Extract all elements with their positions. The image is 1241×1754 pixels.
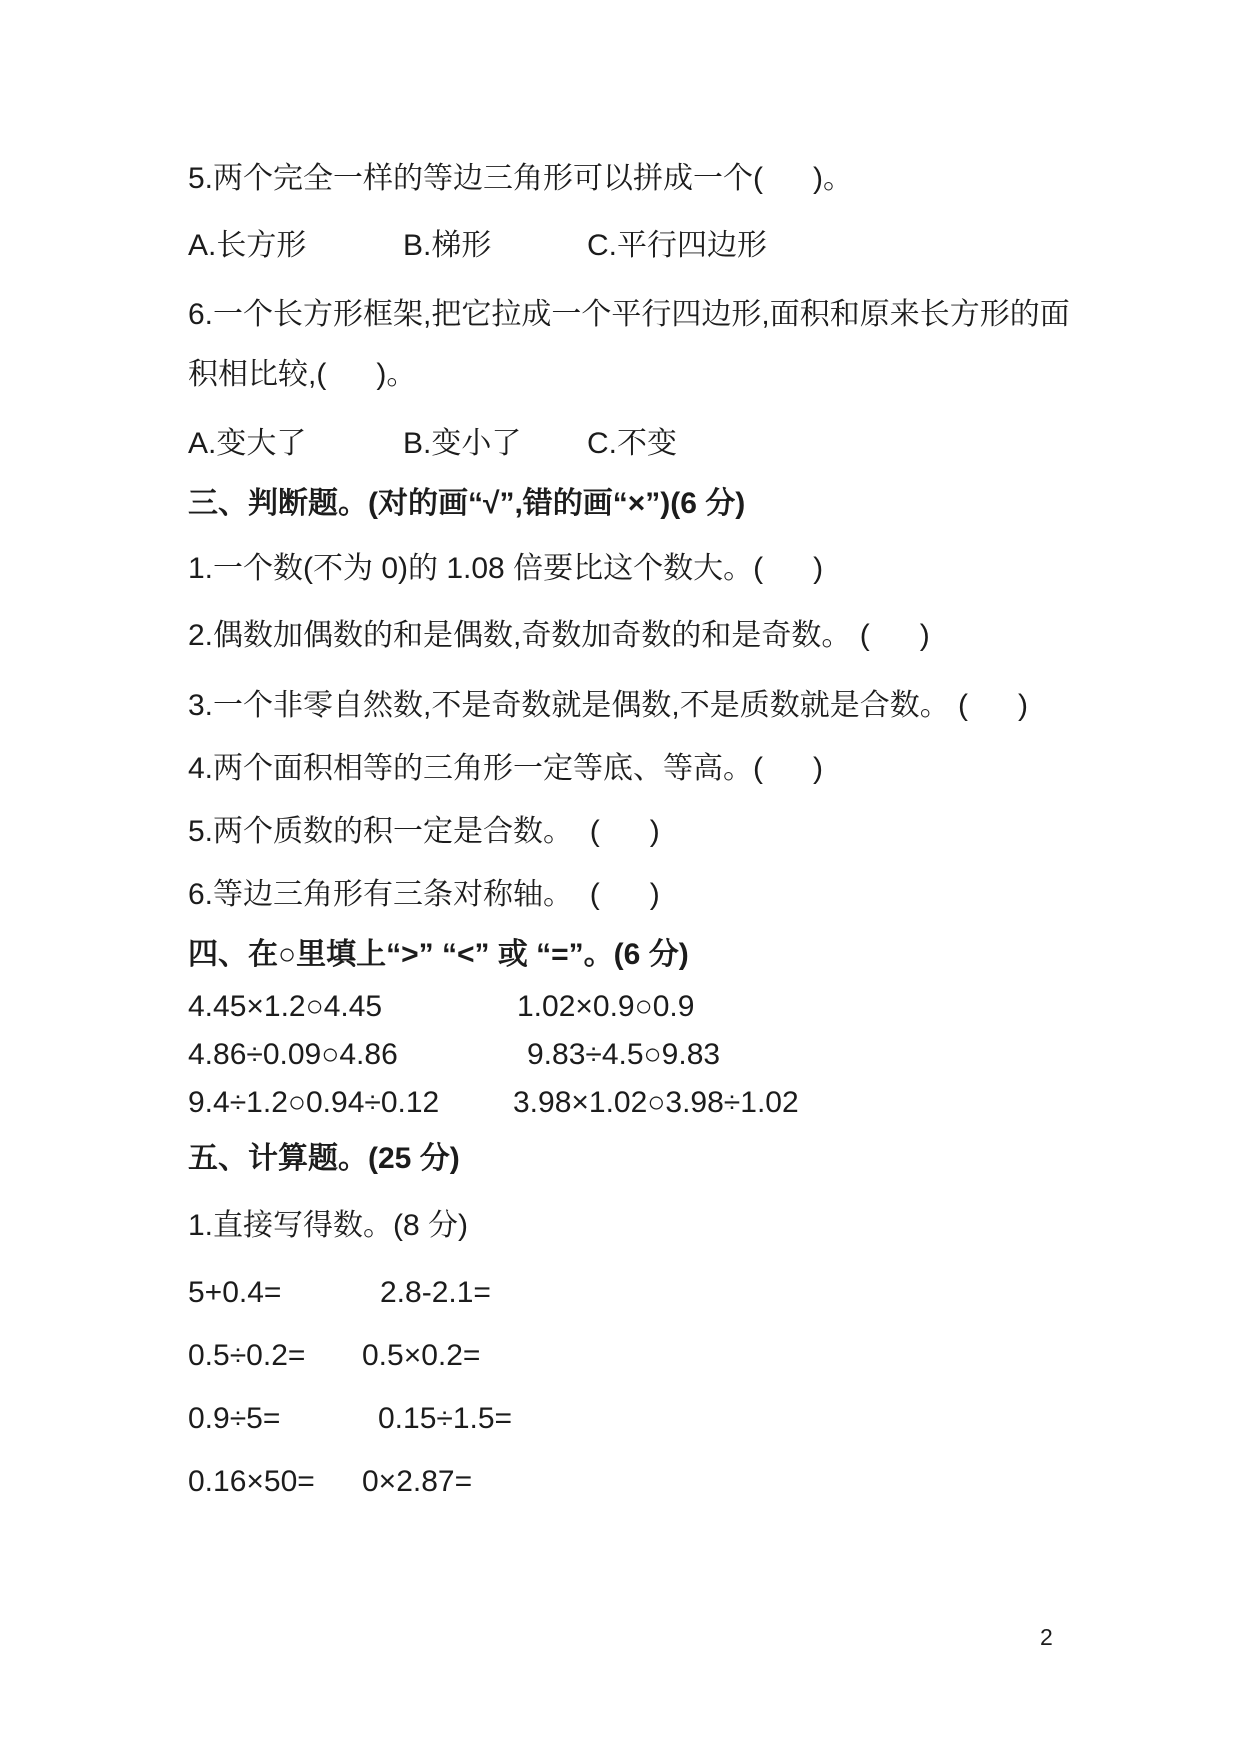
compare-row-2: 4.86÷0.09○4.86 9.83÷4.5○9.83 — [0, 1035, 1241, 1075]
calc-row-3: 0.9÷5= 0.15÷1.5= — [0, 1399, 1241, 1439]
option-c: C.不变 — [587, 424, 677, 464]
judge-item-2: 2.偶数加偶数的和是偶数,奇数加奇数的和是奇数。 ( ) — [188, 616, 930, 656]
calc-expression: 0.15÷1.5= — [378, 1399, 512, 1439]
option-a: A.变大了 — [188, 424, 306, 464]
calc-expression: 5+0.4= — [188, 1273, 281, 1313]
option-b: B.变小了 — [403, 424, 521, 464]
compare-expression: 1.02×0.9○0.9 — [517, 987, 694, 1027]
compare-row-1: 4.45×1.2○4.45 1.02×0.9○0.9 — [0, 987, 1241, 1027]
judge-item-5: 5.两个质数的积一定是合数。 ( ) — [188, 812, 660, 852]
question-6-text-line1: 6.一个长方形框架,把它拉成一个平行四边形,面积和原来长方形的面 — [188, 295, 1070, 335]
judge-item-3: 3.一个非零自然数,不是奇数就是偶数,不是质数就是合数。 ( ) — [188, 686, 1028, 726]
calc-row-4: 0.16×50= 0×2.87= — [0, 1462, 1241, 1502]
compare-expression: 3.98×1.02○3.98÷1.02 — [513, 1083, 799, 1123]
compare-expression: 9.4÷1.2○0.94÷0.12 — [188, 1083, 439, 1123]
compare-expression: 9.83÷4.5○9.83 — [527, 1035, 720, 1075]
question-5-text: 5.两个完全一样的等边三角形可以拼成一个( )。 — [188, 159, 853, 199]
judge-section-heading: 三、判断题。(对的画“√”,错的画“×”)(6 分) — [188, 484, 745, 524]
page-number: 2 — [1040, 1624, 1053, 1651]
judge-item-4: 4.两个面积相等的三角形一定等底、等高。( ) — [188, 749, 823, 789]
compare-expression: 4.86÷0.09○4.86 — [188, 1035, 398, 1075]
calc-expression: 2.8-2.1= — [380, 1273, 491, 1313]
calc-expression: 0.16×50= — [188, 1462, 315, 1502]
compare-row-3: 9.4÷1.2○0.94÷0.12 3.98×1.02○3.98÷1.02 — [0, 1083, 1241, 1123]
option-a: A.长方形 — [188, 226, 306, 266]
judge-item-1: 1.一个数(不为 0)的 1.08 倍要比这个数大。( ) — [188, 549, 823, 589]
calc-expression: 0×2.87= — [362, 1462, 472, 1502]
judge-item-6: 6.等边三角形有三条对称轴。 ( ) — [188, 875, 660, 915]
calc-expression: 0.9÷5= — [188, 1399, 280, 1439]
calc-row-2: 0.5÷0.2= 0.5×0.2= — [0, 1336, 1241, 1376]
document-page: 5.两个完全一样的等边三角形可以拼成一个( )。 A.长方形 B.梯形 C.平行… — [0, 0, 1241, 1754]
calc-row-1: 5+0.4= 2.8-2.1= — [0, 1273, 1241, 1313]
calc-section-heading: 五、计算题。(25 分) — [188, 1139, 460, 1179]
calc-expression: 0.5×0.2= — [362, 1336, 480, 1376]
calc-sub-heading: 1.直接写得数。(8 分) — [188, 1206, 468, 1246]
question-5-options: A.长方形 B.梯形 C.平行四边形 — [0, 226, 1241, 266]
option-b: B.梯形 — [403, 226, 491, 266]
compare-expression: 4.45×1.2○4.45 — [188, 987, 382, 1027]
question-6-options: A.变大了 B.变小了 C.不变 — [0, 424, 1241, 464]
question-6-text-line2: 积相比较,( )。 — [188, 355, 416, 395]
calc-expression: 0.5÷0.2= — [188, 1336, 305, 1376]
compare-section-heading: 四、在○里填上“>” “<” 或 “=”。(6 分) — [188, 935, 689, 975]
option-c: C.平行四边形 — [587, 226, 767, 266]
